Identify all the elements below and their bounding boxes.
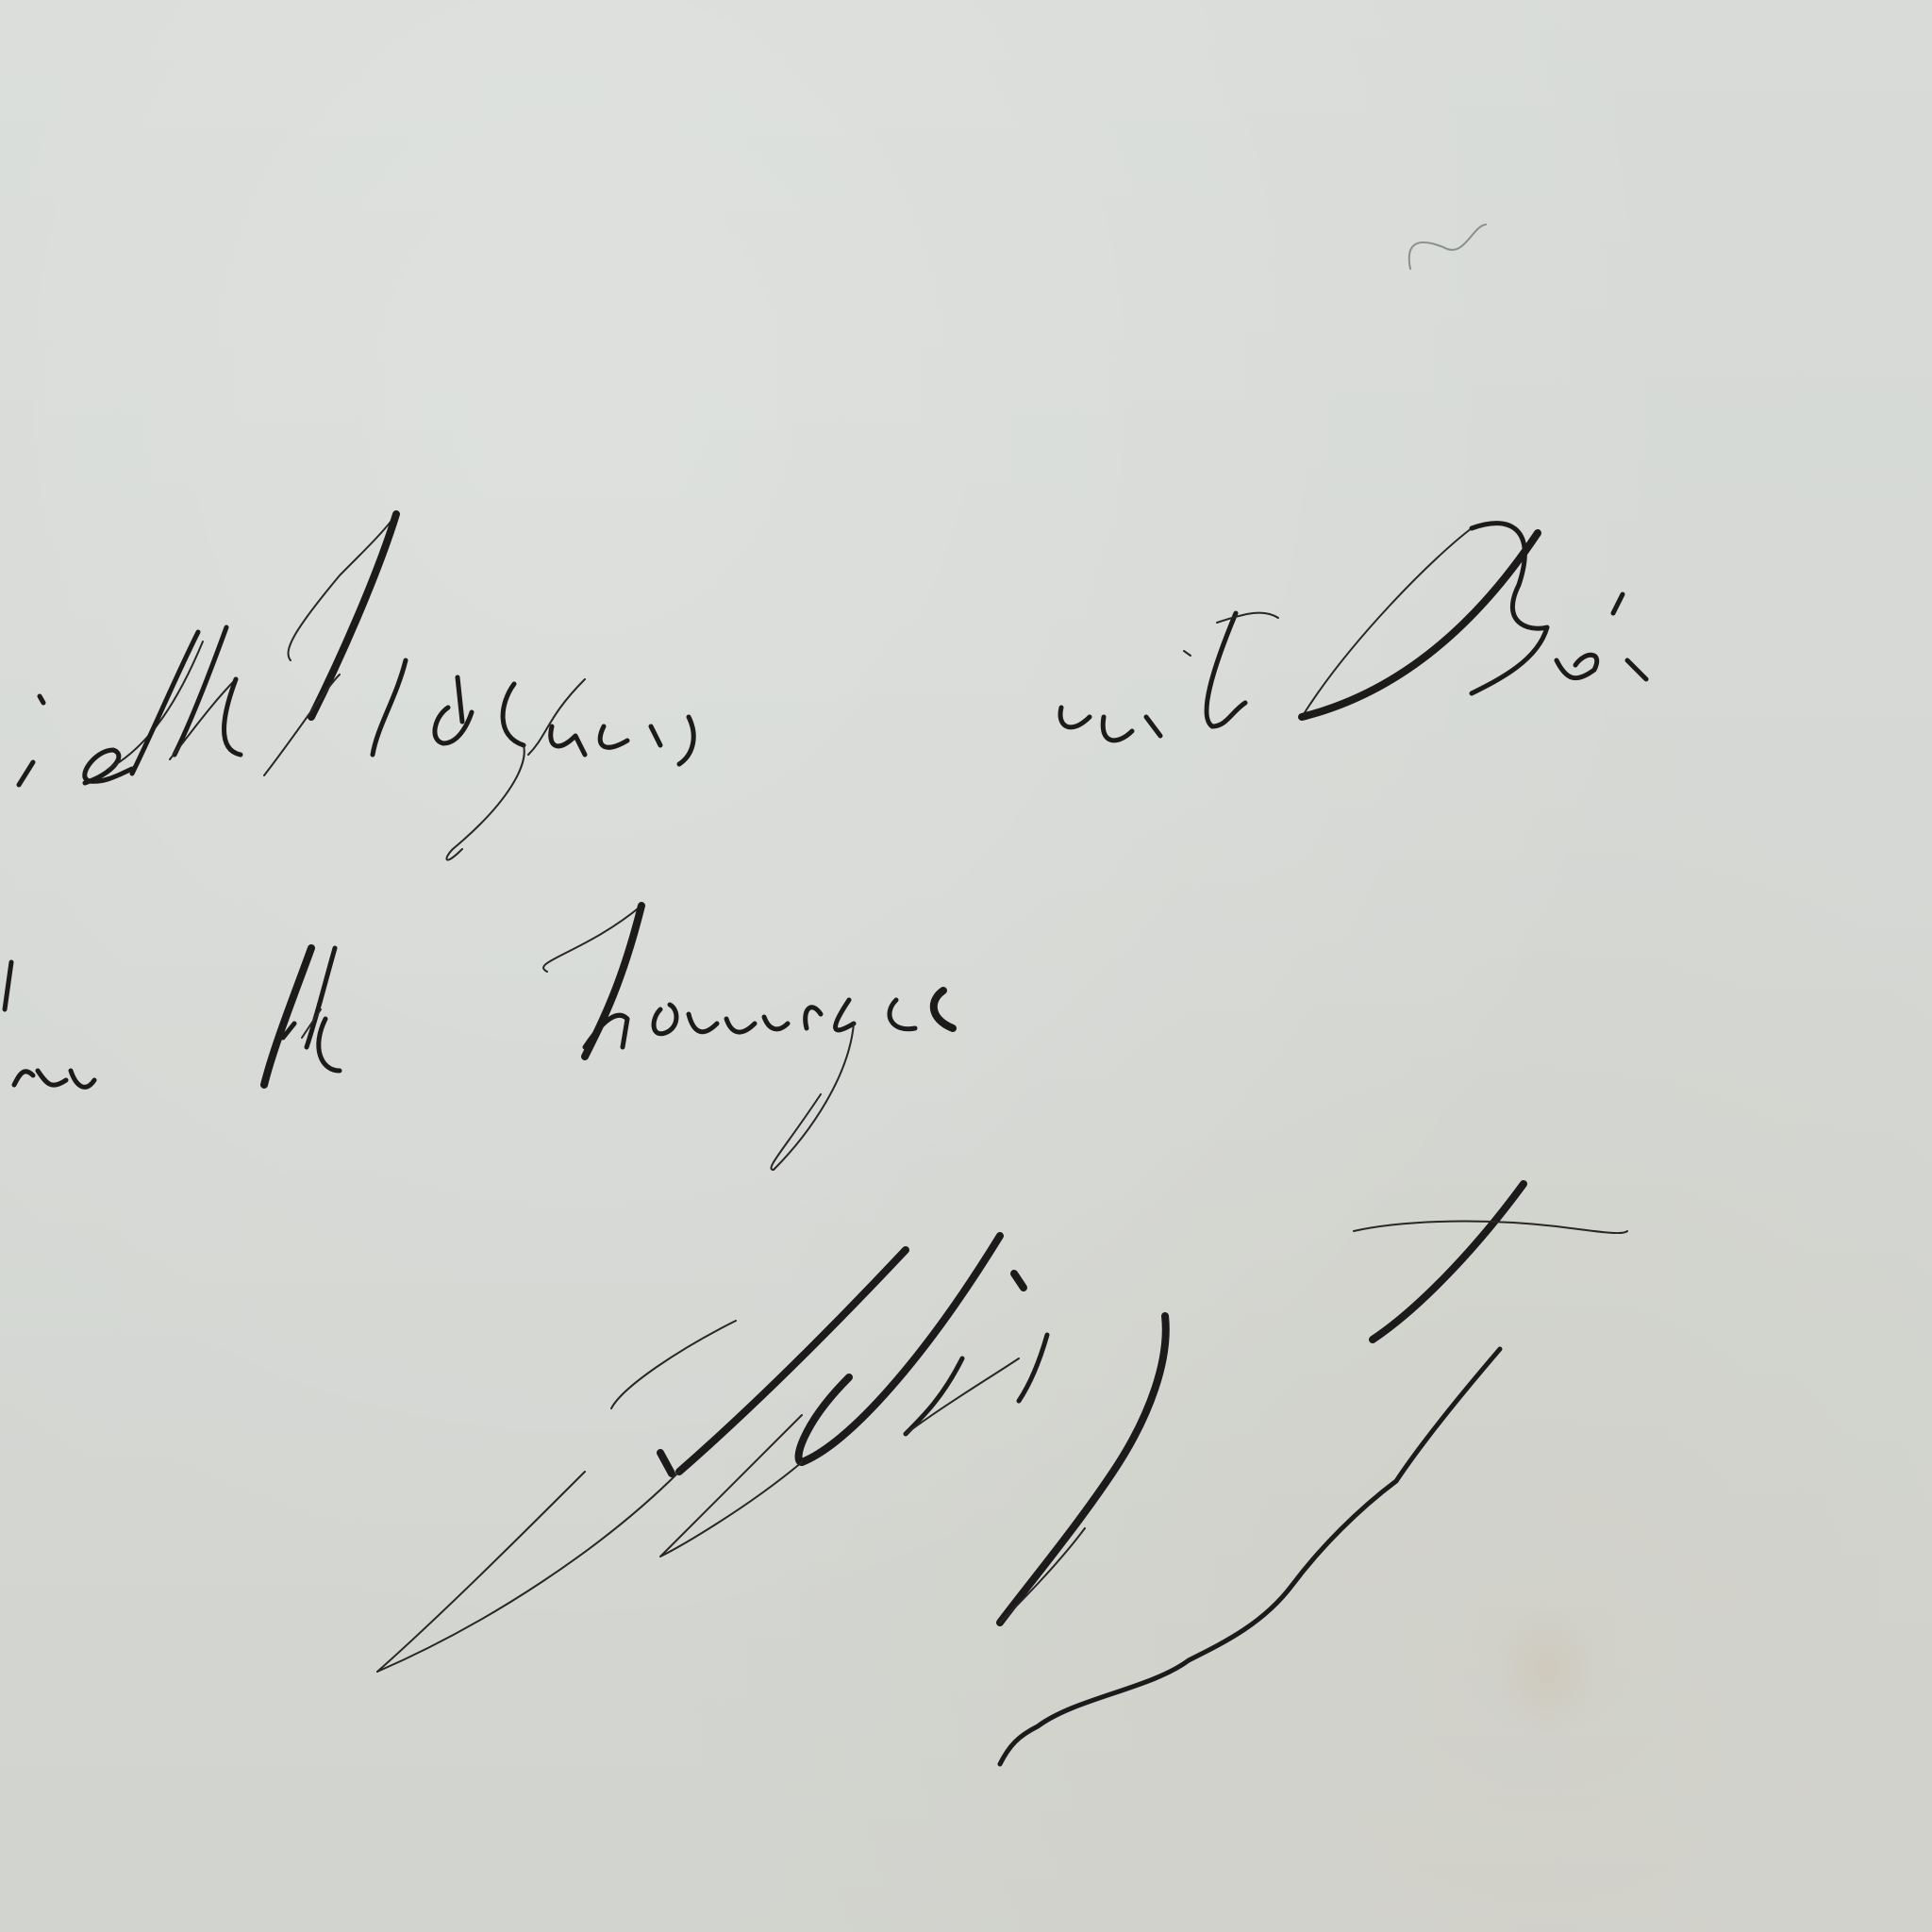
hair-mark bbox=[1409, 225, 1486, 269]
line1-ink bbox=[19, 514, 1646, 860]
handwriting bbox=[0, 0, 1932, 1932]
line2-ink bbox=[5, 906, 953, 1170]
signature-ink bbox=[377, 1184, 1627, 1764]
